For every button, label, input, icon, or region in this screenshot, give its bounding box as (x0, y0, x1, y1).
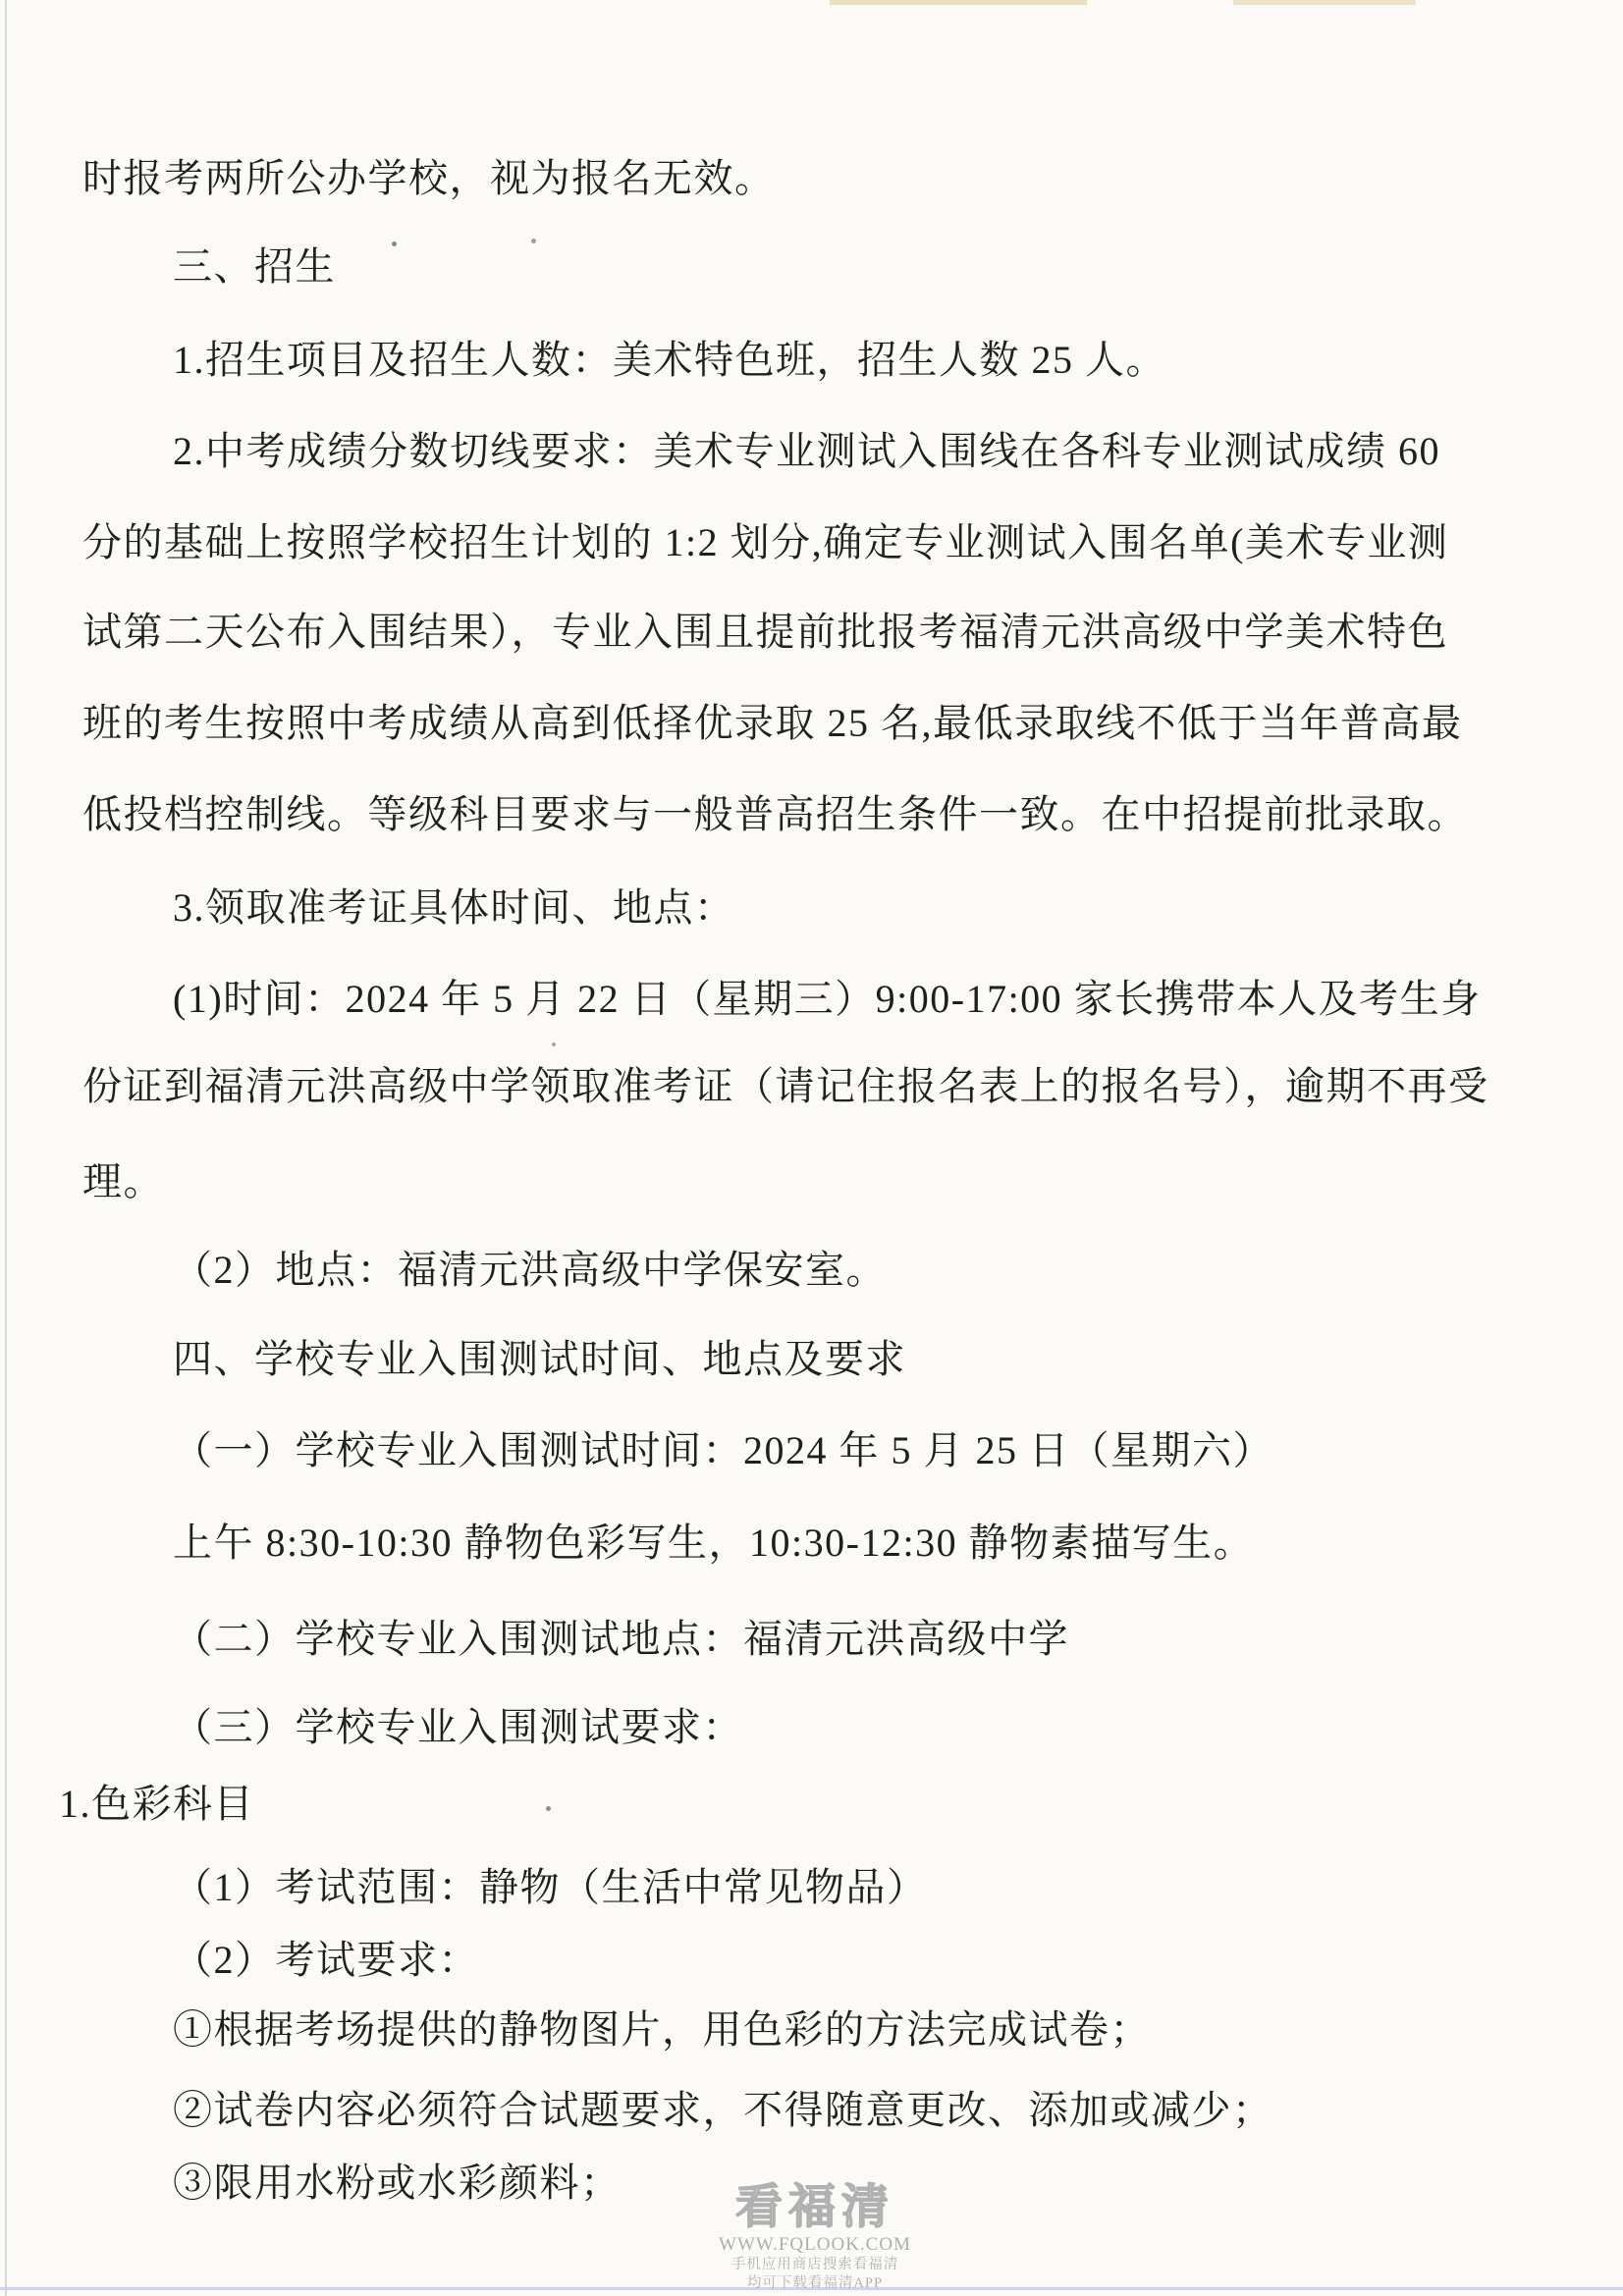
scan-speck (392, 241, 397, 246)
doc-line-section-3-heading: 三、招生 (173, 245, 336, 288)
doc-line: 1.色彩科目 (59, 1783, 254, 1825)
doc-line: ①根据考场提供的静物图片，用色彩的方法完成试卷； (173, 2008, 1151, 2051)
watermark-caption: 均可下载看福清APP (719, 2274, 911, 2292)
doc-line: 份证到福清元洪高级中学领取准考证（请记住报名表上的报名号），逾期不再受 (82, 1065, 1489, 1107)
doc-line: ③限用水粉或水彩颜料； (173, 2162, 622, 2204)
scan-edge-left-line (5, 0, 7, 2296)
doc-line: 低投档控制线。等级科目要求与一般普高招生条件一致。在中招提前批录取。 (82, 793, 1468, 835)
doc-line: 1.招生项目及招生人数：美术特色班，招生人数 25 人。 (173, 339, 1166, 381)
doc-line: （一）学校专业入围测试时间：2024 年 5 月 25 日（星期六） (173, 1429, 1273, 1471)
watermark-caption: 手机应用商店搜索看福清 (719, 2256, 911, 2273)
doc-line: （1）考试范围：静物（生活中常见物品） (173, 1866, 928, 1908)
doc-line: ②试卷内容必须符合试题要求，不得随意更改、添加或减少； (173, 2089, 1273, 2131)
scanned-document-page: 时报考两所公办学校，视为报名无效。 三、招生 1.招生项目及招生人数：美术特色班… (0, 0, 1623, 2296)
doc-line: 2.中考成绩分数切线要求：美术专业测试入围线在各科专业测试成绩 60 (173, 430, 1440, 472)
doc-line: (1)时间：2024 年 5 月 22 日（星期三）9:00-17:00 家长携… (173, 978, 1482, 1020)
doc-line: 分的基础上按照学校招生计划的 1:2 划分,确定专业测试入围名单(美术专业测 (82, 521, 1448, 563)
doc-line: 3.领取准考证具体时间、地点： (173, 886, 735, 929)
scan-speck (552, 1042, 556, 1046)
doc-line: 试第二天公布入围结果），专业入围且提前批报考福清元洪高级中学美术特色 (82, 611, 1448, 653)
doc-line: （三）学校专业入围测试要求： (173, 1706, 743, 1748)
doc-line: （2）地点：福清元洪高级中学保安室。 (173, 1249, 887, 1291)
doc-line: （二）学校专业入围测试地点：福清元洪高级中学 (173, 1618, 1069, 1660)
doc-line: （2）考试要求： (173, 1939, 479, 1981)
scan-edge-top-strip (1233, 0, 1416, 5)
scan-edge-top-strip (830, 0, 1087, 5)
doc-line: 班的考生按照中考成绩从高到低择优录取 25 名,最低录取线不低于当年普高最 (82, 702, 1463, 744)
site-watermark: 看福清 WWW.FQLOOK.COM 手机应用商店搜索看福清 均可下载看福清AP… (719, 2183, 911, 2292)
watermark-url: WWW.FQLOOK.COM (719, 2234, 911, 2256)
scan-speck (546, 1806, 551, 1811)
scan-speck (531, 239, 536, 243)
doc-line: 上午 8:30-10:30 静物色彩写生，10:30-12:30 静物素描写生。 (173, 1522, 1254, 1564)
doc-line-section-4-heading: 四、学校专业入围测试时间、地点及要求 (173, 1338, 906, 1380)
doc-line: 理。 (82, 1160, 164, 1202)
doc-line: 时报考两所公办学校，视为报名无效。 (82, 157, 776, 199)
watermark-logo-text: 看福清 (719, 2183, 911, 2232)
